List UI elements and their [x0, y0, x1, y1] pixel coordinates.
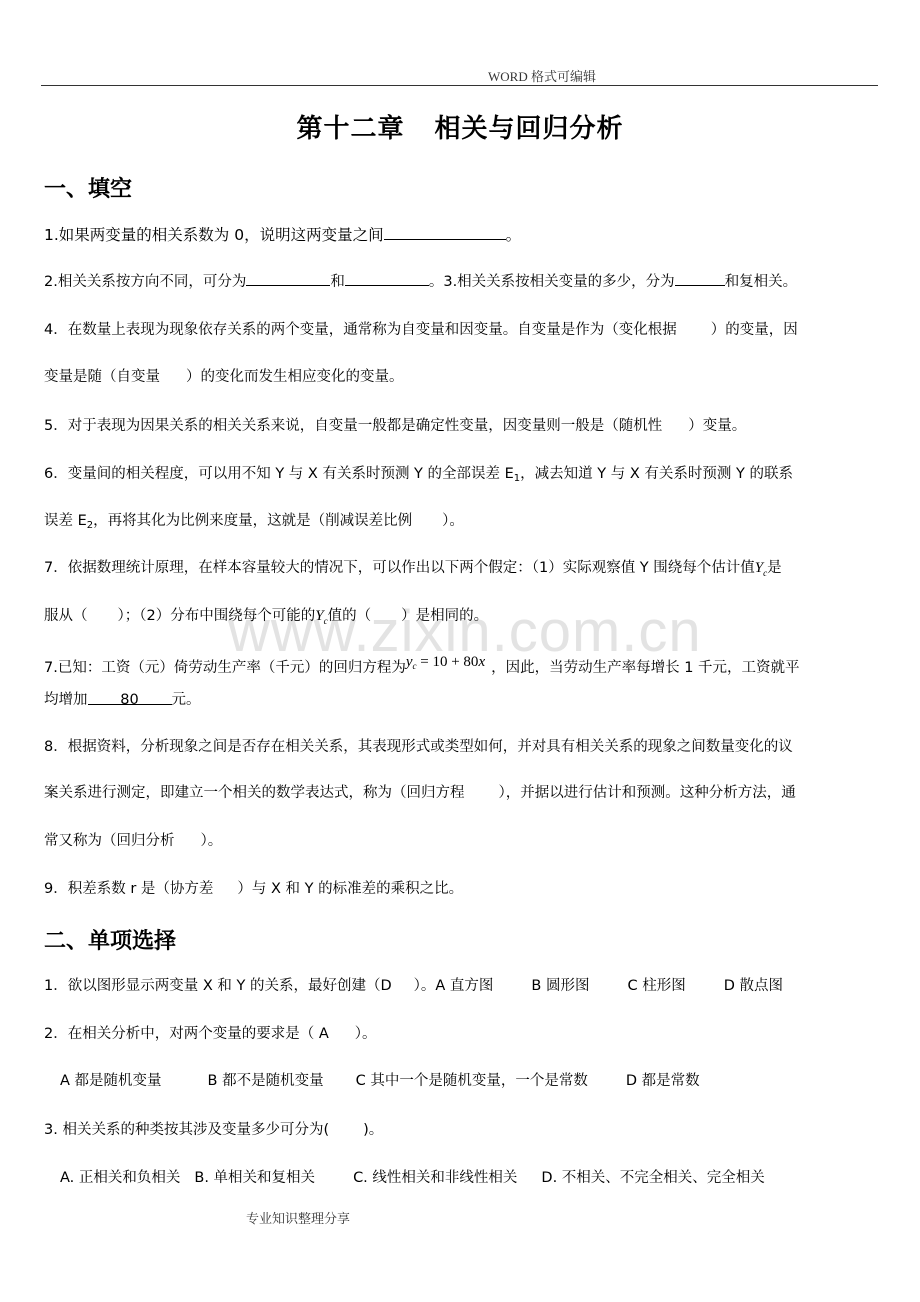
fill-question-8-line-1: 8．根据资料，分析现象之间是否存在相关关系，其表现形式或类型如何，并对具有相关关… — [44, 737, 793, 757]
choice-option: D 都是常数 — [626, 1073, 700, 1089]
choice-option: B 圆形图 — [531, 978, 589, 994]
fill-question-7b-line-1: 7.已知：工资（元）倚劳动生产率（千元）的回归方程为yc = 10 + 80x，… — [44, 652, 800, 678]
choice-option: A 直方图 — [435, 978, 493, 994]
fill-question-6-line-2: 误差 E2，再将其化为比例来度量，这就是（削减误差比例）。 — [44, 511, 464, 536]
choice-question-2: 2．在相关分析中，对两个变量的要求是（ A）。 — [44, 1024, 377, 1044]
fill-question-6-line-1: 6．变量间的相关程度，可以用不知 Y 与 X 有关系时预测 Y 的全部误差 E1… — [44, 464, 793, 489]
fill-question-5: 5．对于表现为因果关系的相关关系来说，自变量一般都是确定性变量，因变量则一般是（… — [44, 416, 746, 436]
answer-blank — [345, 271, 429, 286]
choice-option: C 其中一个是随机变量，一个是常数 — [356, 1073, 588, 1089]
choice-option: D 散点图 — [724, 978, 783, 994]
answer-blank — [246, 271, 330, 286]
answer-blank: 80 — [88, 690, 172, 705]
yc-symbol: Yc — [315, 608, 327, 624]
choice-question-1: 1．欲以图形显示两变量 X 和 Y 的关系，最好创建（D）。A 直方图B 圆形图… — [44, 976, 783, 996]
fill-question-7-line-1: 7．依据数理统计原理，在样本容量较大的情况下，可以作出以下两个假定：（1）实际观… — [44, 558, 782, 583]
section-heading-fill-blank: 一、填空 — [44, 172, 132, 203]
fill-question-7b-line-2: 均增加80元。 — [44, 690, 201, 710]
chapter-number: 第十二章 — [296, 114, 404, 144]
fill-question-1: 1.如果两变量的相关系数为 0，说明这两变量之间。 — [44, 225, 521, 245]
choice-option: A 都是随机变量 — [60, 1073, 162, 1089]
fill-question-4-line-1: 4．在数量上表现为现象依存关系的两个变量，通常称为自变量和因变量。自变量是作为（… — [44, 320, 798, 340]
chapter-name: 相关与回归分析 — [435, 114, 624, 144]
answer-blank — [675, 271, 725, 286]
fill-question-9: 9．积差系数 r 是（协方差）与 X 和 Y 的标准差的乘积之比。 — [44, 879, 463, 899]
answer-blank — [384, 225, 506, 240]
fill-question-8-line-3: 常又称为（回归分析）。 — [44, 831, 222, 851]
regression-formula: yc = 10 + 80x — [406, 654, 485, 670]
section-heading-single-choice: 二、单项选择 — [44, 924, 176, 955]
choice-question-2-options: A 都是随机变量B 都不是随机变量C 其中一个是随机变量，一个是常数D 都是常数 — [60, 1071, 700, 1091]
choice-question-3: 3. 相关关系的种类按其涉及变量多少可分为()。 — [44, 1120, 383, 1140]
choice-option: C 柱形图 — [627, 978, 685, 994]
choice-option: B. 单相关和复相关 — [194, 1170, 315, 1186]
choice-option: C. 线性相关和非线性相关 — [353, 1170, 517, 1186]
answer-value: 80 — [120, 692, 138, 708]
choice-option: B 都不是随机变量 — [208, 1073, 324, 1089]
header-divider — [41, 85, 878, 86]
choice-option: A. 正相关和负相关 — [60, 1170, 180, 1186]
fill-question-2-3: 2.相关关系按方向不同，可分为和。3.相关关系按相关变量的多少，分为和复相关。 — [44, 271, 797, 292]
fill-question-8-line-2: 案关系进行测定，即建立一个相关的数学表达式，称为（回归方程），并据以进行估计和预… — [44, 783, 796, 803]
fill-question-7-line-2: 服从（）；（2）分布中围绕每个可能的Yc值的（）是相同的。 — [44, 606, 488, 631]
yc-symbol: Yc — [755, 560, 767, 576]
fill-question-4-line-2: 变量是随（自变量）的变化而发生相应变化的变量。 — [44, 367, 404, 387]
page-footer: 专业知识整理分享 — [246, 1208, 350, 1227]
choice-option: D. 不相关、不完全相关、完全相关 — [541, 1170, 764, 1186]
page-header: WORD 格式可编辑 — [488, 66, 596, 85]
choice-question-3-options: A. 正相关和负相关B. 单相关和复相关C. 线性相关和非线性相关D. 不相关、… — [60, 1168, 765, 1188]
page-title: 第十二章相关与回归分析 — [0, 108, 920, 145]
